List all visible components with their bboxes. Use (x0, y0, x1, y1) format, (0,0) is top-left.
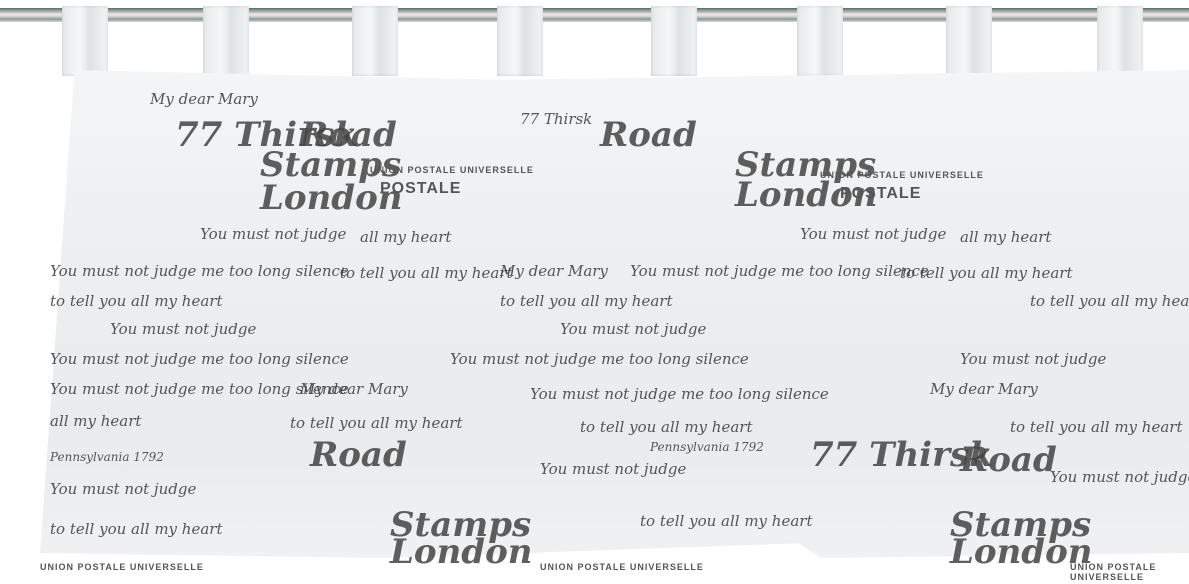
print-text: My dear Mary (930, 380, 1038, 398)
curtain-rod (0, 8, 1189, 22)
print-text: You must not judge me too long silence (530, 385, 829, 403)
print-text: to tell you all my heart (50, 520, 222, 538)
postal-stamp-text: POSTALE (840, 185, 921, 203)
print-text: Pennsylvania 1792 (50, 450, 164, 464)
postal-stamp-text: UNION POSTALE UNIVERSELLE (540, 562, 704, 572)
print-text: My dear Mary (150, 90, 258, 108)
curtain-tab (1097, 6, 1143, 76)
print-text: to tell you all my heart (1030, 292, 1189, 310)
print-text: Road (960, 440, 1057, 480)
print-text: to tell you all my heart (900, 264, 1072, 282)
print-text: all my heart (50, 412, 141, 430)
print-text: London (390, 532, 532, 572)
print-text: 77 Thirsk (520, 110, 592, 128)
curtain-tab (497, 6, 543, 76)
print-text: You must not judge (540, 460, 686, 478)
print-text: You must not judge (560, 320, 706, 338)
postal-stamp-text: POSTALE (380, 180, 461, 198)
print-text: Road (600, 115, 697, 155)
print-text: You must not judge (1050, 468, 1189, 486)
print-text: to tell you all my heart (290, 414, 462, 432)
print-text: You must not judge (960, 350, 1106, 368)
print-text: You must not judge (200, 225, 346, 243)
curtain-tab (203, 6, 249, 76)
print-text: to tell you all my heart (50, 292, 222, 310)
print-text: You must not judge me too long silence (450, 350, 749, 368)
postal-stamp-text: UNION POSTALE UNIVERSELLE (370, 165, 534, 175)
curtain-tab (352, 6, 398, 76)
curtain-tab (797, 6, 843, 76)
print-text: all my heart (360, 228, 451, 246)
print-text: You must not judge (110, 320, 256, 338)
print-text: You must not judge (800, 225, 946, 243)
curtain-tab (946, 6, 992, 76)
print-text: You must not judge me too long silence (50, 350, 349, 368)
print-text: to tell you all my heart (500, 292, 672, 310)
print-text: to tell you all my heart (640, 512, 812, 530)
print-text: My dear Mary (300, 380, 408, 398)
print-text: to tell you all my heart (340, 264, 512, 282)
print-text: all my heart (960, 228, 1051, 246)
print-text: You must not judge me too long silence (630, 262, 929, 280)
print-text: You must not judge (50, 480, 196, 498)
print-text: Road (310, 435, 407, 475)
print-text: to tell you all my heart (580, 418, 752, 436)
print-text: You must not judge me too long silence (50, 262, 349, 280)
print-text: Pennsylvania 1792 (650, 440, 764, 454)
postal-stamp-text: UNION POSTALE UNIVERSELLE (40, 562, 204, 572)
print-text: My dear Mary (500, 262, 608, 280)
postal-stamp-text: UNION POSTALE UNIVERSELLE (820, 170, 984, 180)
curtain-tab (62, 6, 108, 76)
postal-stamp-text: UNION POSTALE UNIVERSELLE (1070, 562, 1189, 582)
curtain-tab (651, 6, 697, 76)
print-text: to tell you all my heart (1010, 418, 1182, 436)
